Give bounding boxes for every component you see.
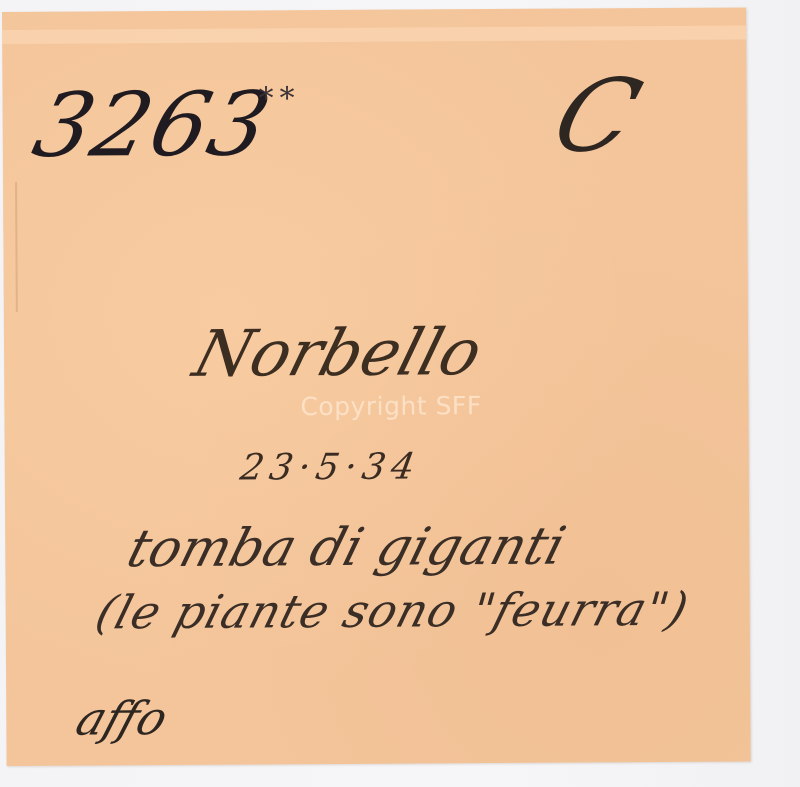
catalog-number: 3263 <box>26 80 279 170</box>
signature-abbreviation: affo <box>71 695 173 742</box>
date: 23·5·34 <box>238 449 424 486</box>
copyright-watermark: Copyright SFF <box>300 391 481 421</box>
place-name: Norbello <box>187 321 488 387</box>
index-card: 3263 ** C Norbello Copyright SFF 23·5·34… <box>2 7 751 766</box>
parenthetical-note: (le piante sono "feurra") <box>91 586 694 636</box>
class-letter: C <box>543 66 651 167</box>
scan-background: 3263 ** C Norbello Copyright SFF 23·5·34… <box>0 0 800 787</box>
site-description: tomba di giganti <box>122 521 571 576</box>
star-marks-icon: ** <box>258 84 300 114</box>
